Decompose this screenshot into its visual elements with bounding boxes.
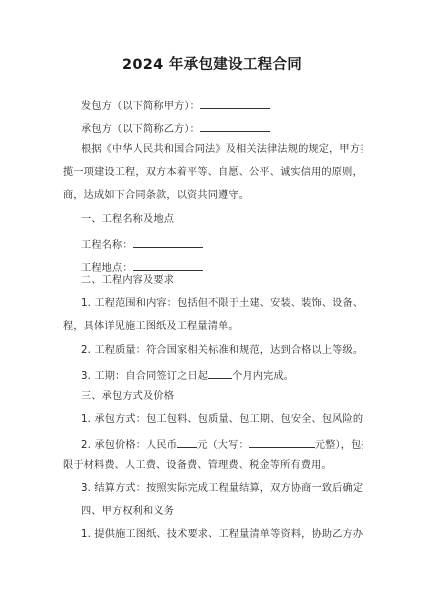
s2-item-3: 3. 工期：自合同签订之日起个月内完成。 <box>81 367 363 384</box>
s3-item-1: 1. 承包方式：包工包料、包质量、包工期、包安全、包风险的方式。 <box>81 413 363 427</box>
section-2-heading: 二、工程内容及要求 <box>81 274 363 288</box>
price-number-blank[interactable] <box>177 436 197 448</box>
s2-item-2: 2. 工程质量：符合国家相关标准和规范，达到合格以上等级。 <box>81 344 363 358</box>
s3-item-2: 2. 承包价格：人民币元（大写：元整），包括但不 <box>81 436 363 453</box>
section-4-heading: 四、甲方权利和义务 <box>81 505 363 519</box>
s2-item-1-line-2: 程，具体详见施工图纸及工程量清单。 <box>63 320 363 334</box>
project-name-label: 工程名称： <box>81 240 133 251</box>
price-prefix: 2. 承包价格：人民币 <box>81 440 177 451</box>
section-3-heading: 三、承包方式及价格 <box>81 390 363 404</box>
party-b-line: 承包方（以下简称乙方）： <box>81 120 363 137</box>
s3-item-2-cont: 限于材料费、人工费、设备费、管理费、税金等所有费用。 <box>63 459 363 473</box>
duration-blank[interactable] <box>208 367 232 379</box>
price-words-blank[interactable] <box>249 436 315 448</box>
project-name-blank[interactable] <box>133 236 203 248</box>
price-suffix: 元整），包括但不 <box>315 440 363 451</box>
s2-item-1-line-1: 1. 工程范围和内容：包括但不限于土建、安装、装饰、设备、材料等工 <box>81 297 363 311</box>
document-title: 2024 年承包建设工程合同 <box>0 53 424 74</box>
contract-page: 2024 年承包建设工程合同 发包方（以下简称甲方）： 承包方（以下简称乙方）：… <box>0 0 424 600</box>
preamble-line-3: 商，达成如下合同条款，以资共同遵守。 <box>63 189 363 203</box>
project-location-label: 工程地点： <box>81 263 133 274</box>
project-name-line: 工程名称： <box>81 236 363 253</box>
preamble-line-1: 根据《中华人民共和国合同法》及相关法律法规的规定，甲方委托乙方承 <box>81 143 363 157</box>
party-a-blank[interactable] <box>200 97 270 109</box>
party-b-label: 承包方（以下简称乙方）： <box>81 124 200 135</box>
party-a-line: 发包方（以下简称甲方）： <box>81 97 363 114</box>
party-b-blank[interactable] <box>200 120 270 132</box>
duration-suffix: 个月内完成。 <box>232 371 294 382</box>
preamble-line-2: 揽一项建设工程，双方本着平等、自愿、公平、诚实信用的原则，经充分协 <box>63 166 363 180</box>
duration-prefix: 3. 工期：自合同签订之日起 <box>81 371 208 382</box>
section-1-heading: 一、工程名称及地点 <box>81 213 363 227</box>
price-mid: 元（大写： <box>197 440 249 451</box>
project-location-blank[interactable] <box>133 259 203 271</box>
s4-item-1: 1. 提供施工图纸、技术要求、工程量清单等资料，协助乙方办理相关手 <box>81 528 363 542</box>
s3-item-3: 3. 结算方式：按照实际完成工程量结算，双方协商一致后确定。 <box>81 482 363 496</box>
party-a-label: 发包方（以下简称甲方）： <box>81 101 200 112</box>
